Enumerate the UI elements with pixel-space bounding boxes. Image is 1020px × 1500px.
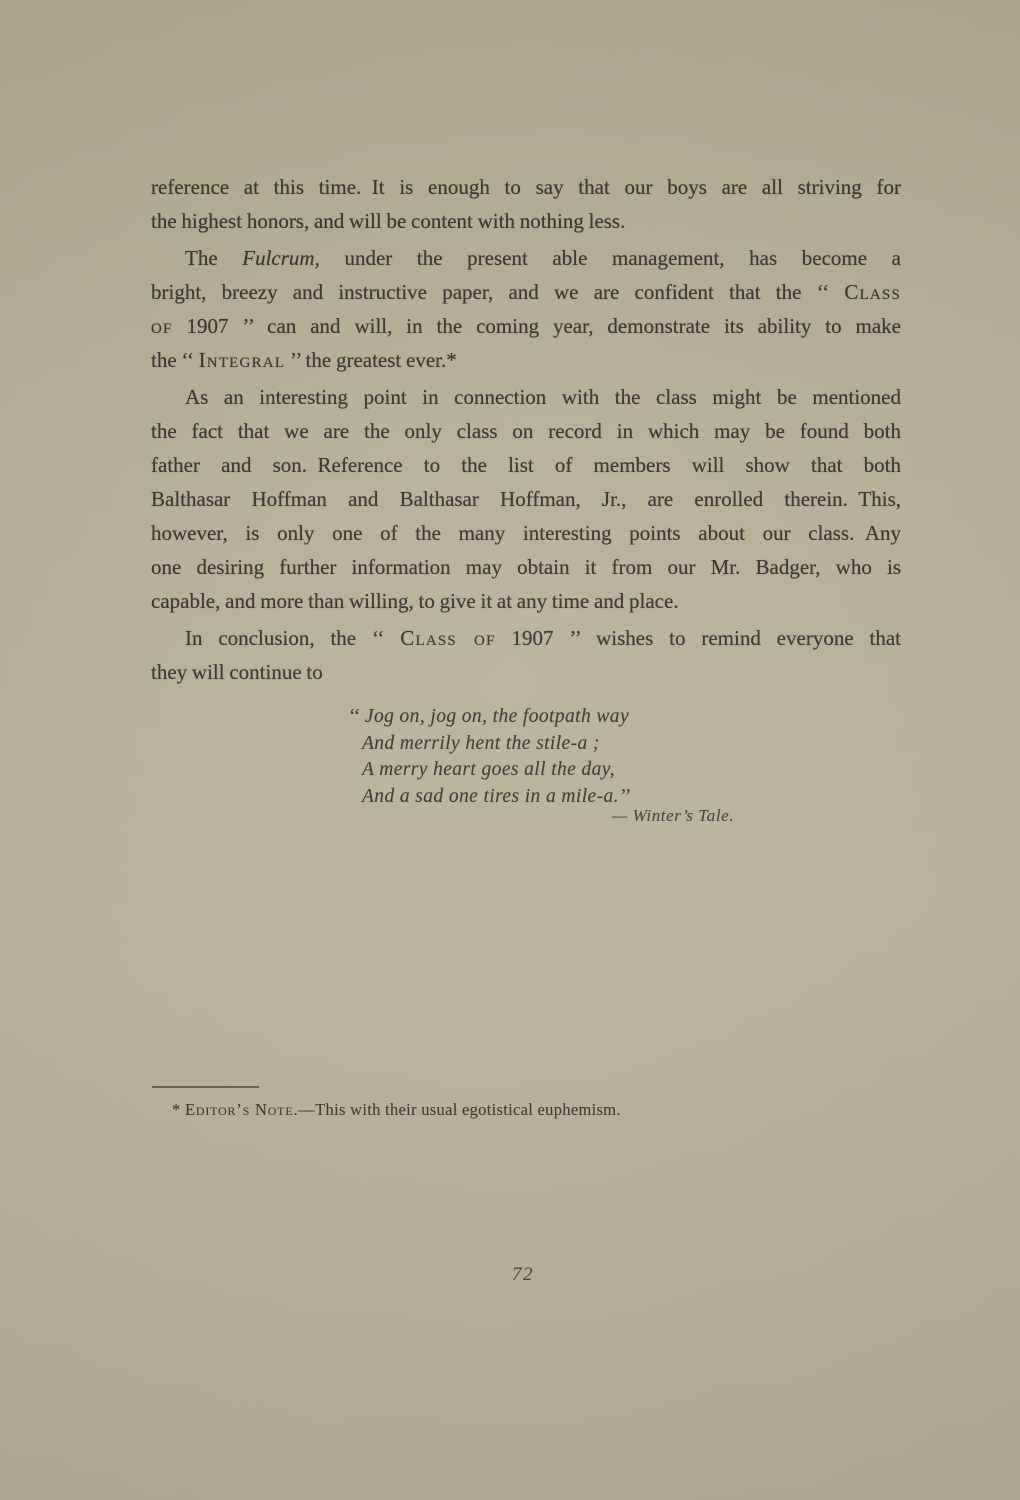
text-segment: the ‘‘ — [151, 348, 199, 372]
text-line: In conclusion, the ‘‘ Class of 1907 ’’ w… — [151, 621, 901, 655]
poem-quote: ‘‘ Jog on, jog on, the footpath way And … — [348, 704, 631, 810]
poem-line: ‘‘ Jog on, jog on, the footpath way — [348, 704, 631, 731]
small-caps-text: of — [151, 314, 173, 338]
small-caps-text: Class — [844, 280, 901, 304]
text-line: however, is only one of the many interes… — [151, 516, 901, 550]
text-line: capable, and more than willing, to give … — [151, 584, 901, 618]
text-line: Balthasar Hoffman and Balthasar Hoffman,… — [151, 482, 901, 516]
text-line: reference at this time. It is enough to … — [151, 170, 901, 204]
small-caps-text: Class of — [400, 626, 495, 650]
text-segment: bright, breezy and instructive paper, an… — [151, 280, 844, 304]
text-line: the ‘‘ Integral ’’ the greatest ever.* — [151, 343, 901, 377]
text-segment: 1907 ’’ wishes to remind everyone that — [496, 626, 901, 650]
poem-line: A merry heart goes all the day, — [348, 757, 631, 784]
text-line: bright, breezy and instructive paper, an… — [151, 275, 901, 309]
text-segment: 1907 ’’ can and will, in the coming year… — [173, 314, 901, 338]
book-page: reference at this time. It is enough to … — [0, 0, 1020, 1500]
body-text: reference at this time. It is enough to … — [151, 170, 901, 689]
text-segment: The — [185, 246, 242, 270]
text-line: the highest honors, and will be content … — [151, 204, 901, 238]
text-line: As an interesting point in connection wi… — [151, 380, 901, 414]
text-line: the fact that we are the only class on r… — [151, 414, 901, 448]
poem-line: And merrily hent the stile-a ; — [348, 731, 631, 758]
footnote-marker: * — [172, 1100, 185, 1119]
footnote-label: Editor’s Note. — [185, 1100, 298, 1119]
poem-attribution: — Winter’s Tale. — [612, 806, 734, 826]
text-line: one desiring further information may obt… — [151, 550, 901, 584]
footnote-divider — [152, 1086, 259, 1088]
paragraph-1: reference at this time. It is enough to … — [151, 170, 901, 238]
paragraph-4: In conclusion, the ‘‘ Class of 1907 ’’ w… — [151, 621, 901, 689]
text-line: The Fulcrum, under the present able mana… — [151, 241, 901, 275]
text-line: father and son. Reference to the list of… — [151, 448, 901, 482]
text-segment: ’’ the greatest ever.* — [285, 348, 457, 372]
poem-line: And a sad one tires in a mile-a.’’ — [348, 784, 631, 811]
footnote-text: —This with their usual egotistical euphe… — [298, 1100, 620, 1119]
italic-text: Fulcrum, — [242, 246, 320, 270]
text-segment: under the present able management, has b… — [320, 246, 901, 270]
footnote: * Editor’s Note.—This with their usual e… — [172, 1100, 621, 1120]
page-number: 72 — [512, 1264, 534, 1286]
paragraph-3: As an interesting point in connection wi… — [151, 380, 901, 618]
text-segment: In conclusion, the ‘‘ — [185, 626, 400, 650]
text-line: of 1907 ’’ can and will, in the coming y… — [151, 309, 901, 343]
small-caps-text: Integral — [199, 348, 286, 372]
paragraph-2: The Fulcrum, under the present able mana… — [151, 241, 901, 377]
text-line: they will continue to — [151, 655, 901, 689]
